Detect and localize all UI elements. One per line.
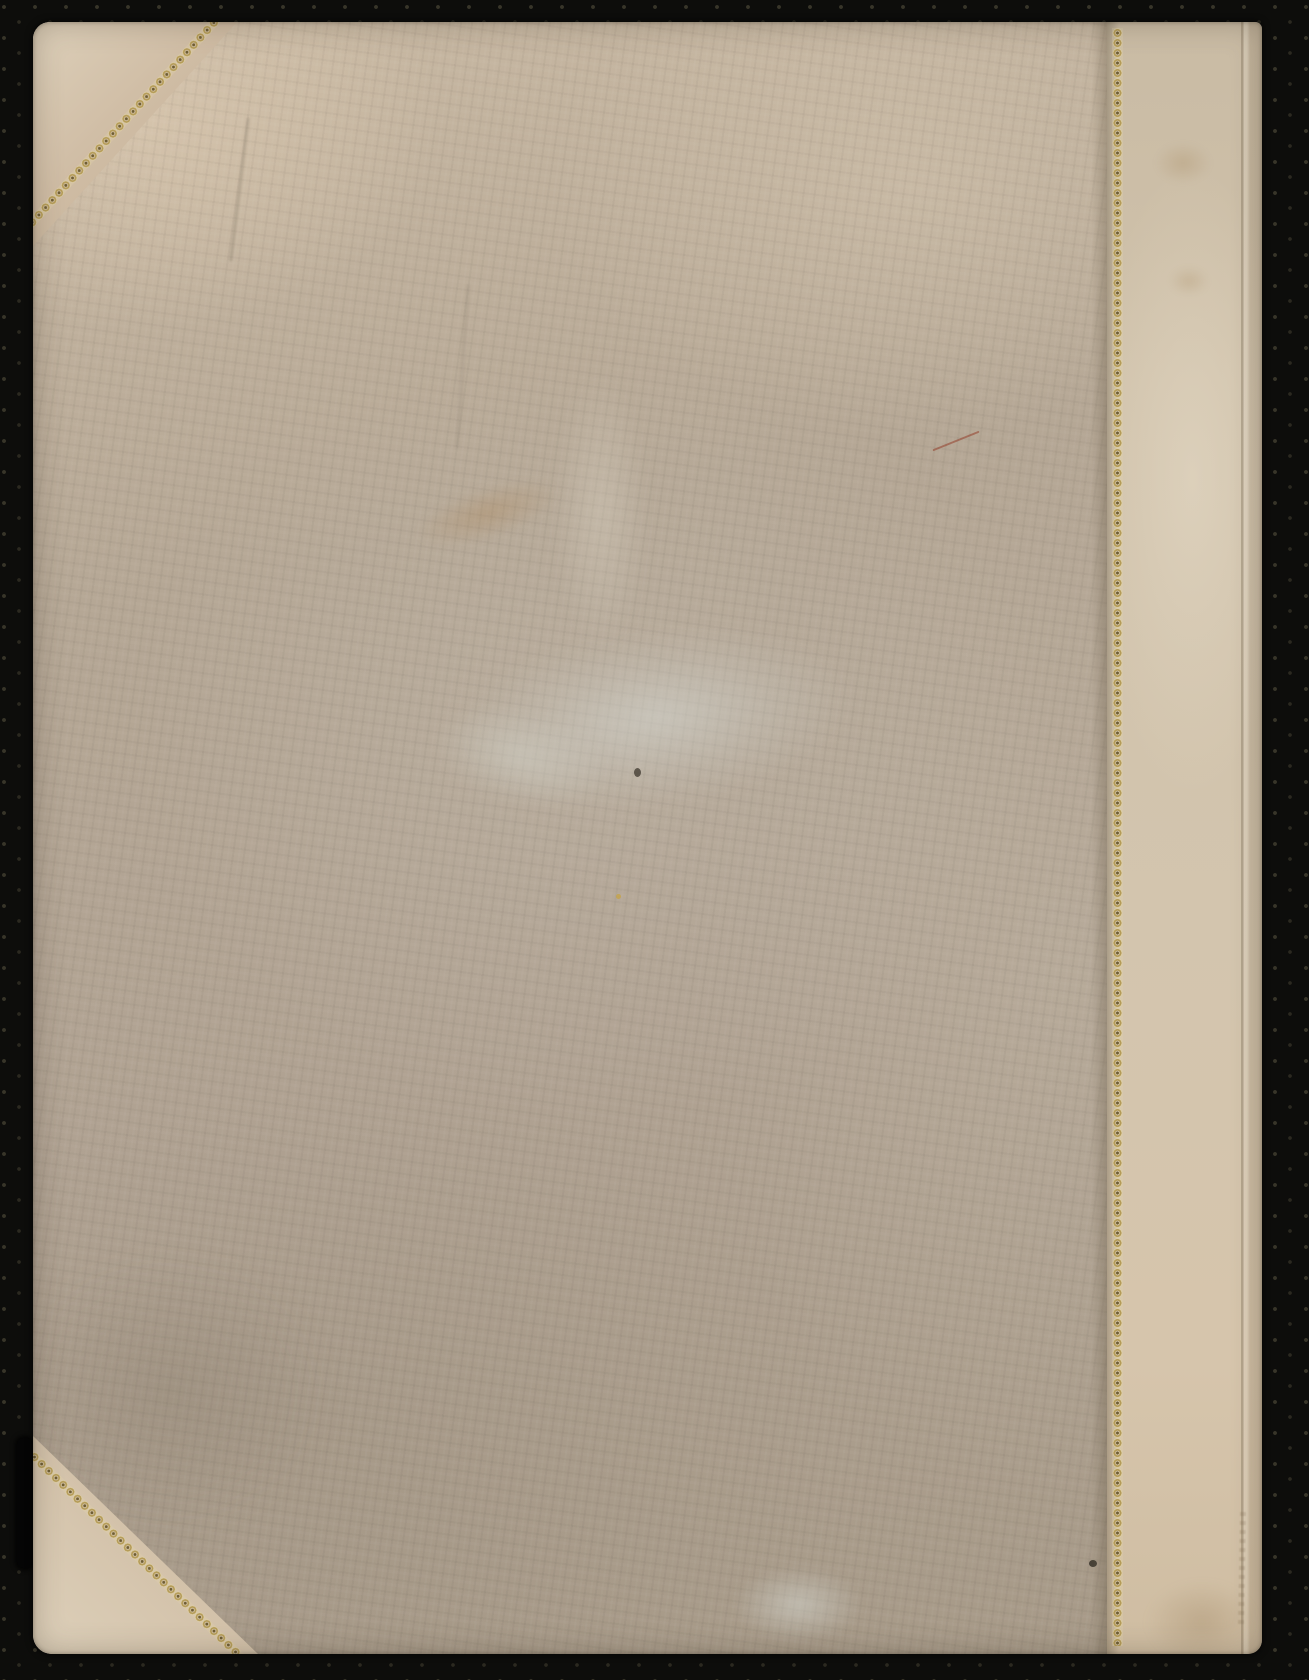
scanning-cradle-background: [0, 0, 1309, 1680]
stain-mark: [1155, 142, 1211, 184]
book-back-cover: [33, 22, 1262, 1654]
ink-speck: [1089, 1560, 1097, 1567]
scuff-mark: [422, 690, 620, 826]
light-streak: [553, 372, 648, 652]
abrasion-patch: [733, 1567, 863, 1642]
ink-speck: [634, 768, 641, 777]
yellow-speck: [616, 894, 621, 899]
crease-mark: [229, 117, 250, 261]
board-edge-ridge: [1241, 22, 1262, 1654]
stain-mark: [1169, 266, 1209, 296]
scuff-mark: [446, 606, 864, 828]
hairline-mark: [932, 431, 979, 452]
cradle-clamp: [17, 1438, 32, 1568]
stain-mark: [409, 465, 568, 561]
paper-side-panel: [33, 22, 1107, 1654]
vellum-spine-strip: [1107, 22, 1262, 1654]
gilt-chain-band-spine: [1112, 28, 1123, 1646]
crease-mark: [455, 284, 470, 449]
